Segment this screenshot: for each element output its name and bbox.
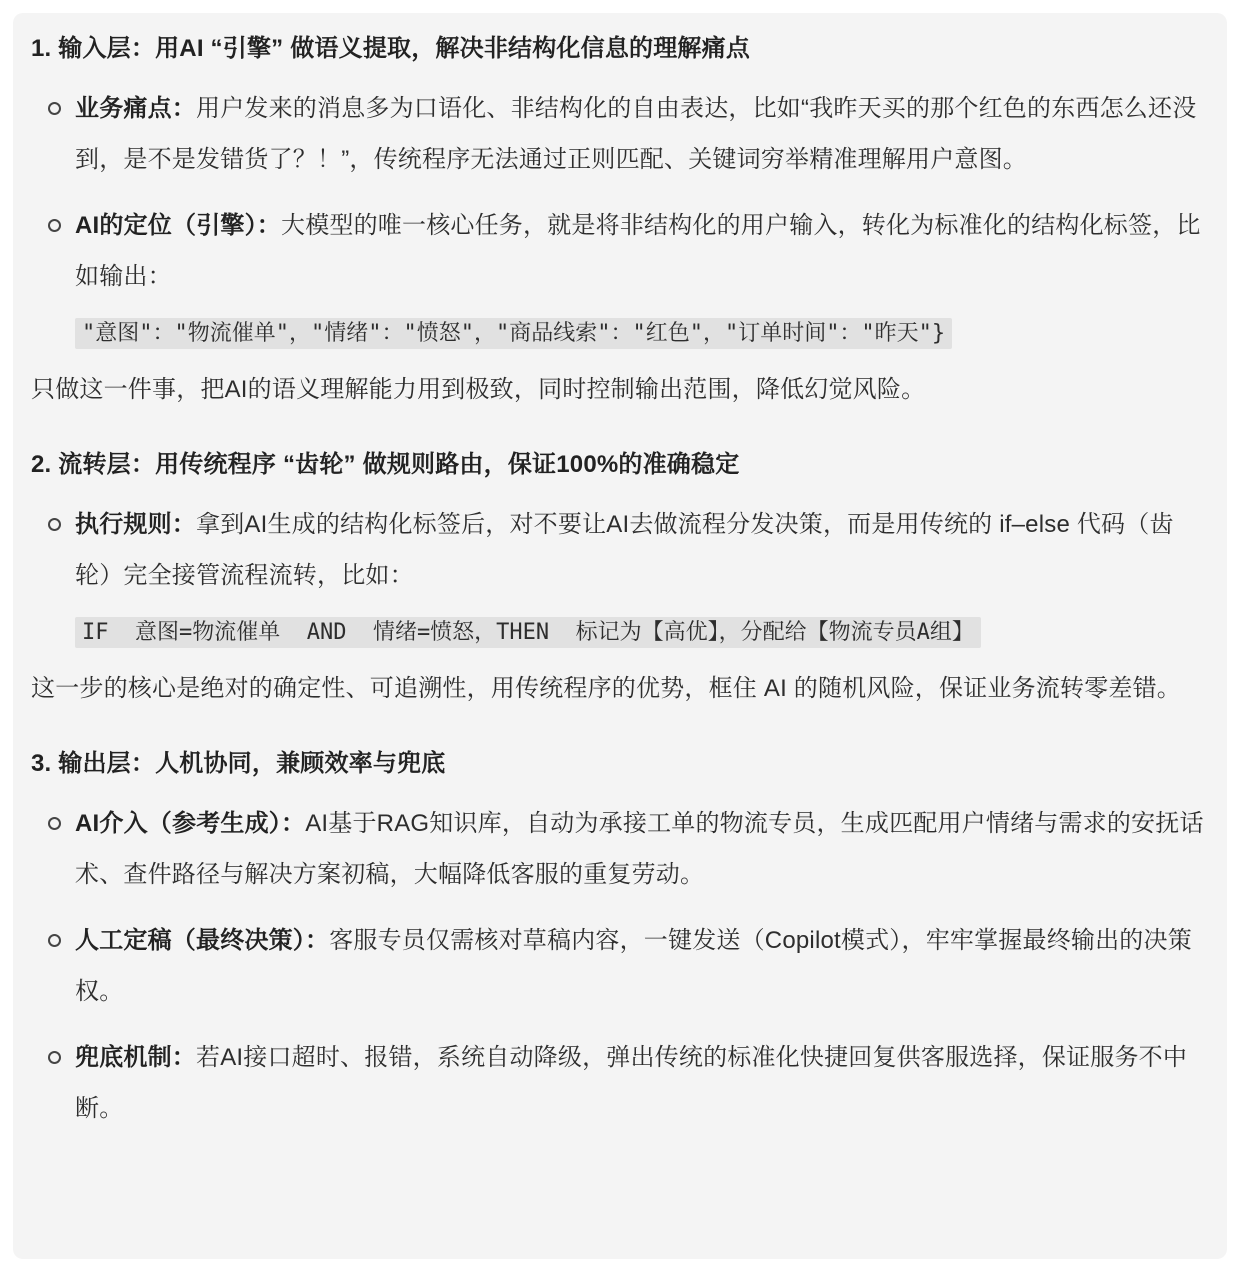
section-input-layer: 1. 输入层：用AI “引擎” 做语义提取，解决非结构化信息的理解痛点 业务痛点… [31, 33, 1209, 415]
circle-bullet-icon [48, 1051, 61, 1064]
circle-bullet-icon [48, 817, 61, 830]
list-item: 业务痛点：用户发来的消息多为口语化、非结构化的自由表达，比如“我昨天买的那个红色… [31, 83, 1209, 185]
paragraph: 这一步的核心是绝对的确定性、可追溯性，用传统程序的优势，框住 AI 的随机风险，… [31, 663, 1209, 714]
section-output-layer: 3. 输出层：人机协同，兼顾效率与兜底 AI介入（参考生成）：AI基于RAG知识… [31, 748, 1209, 1134]
section-heading: 2. 流转层：用传统程序 “齿轮” 做规则路由，保证100%的准确稳定 [31, 449, 1209, 481]
section-routing-layer: 2. 流转层：用传统程序 “齿轮” 做规则路由，保证100%的准确稳定 执行规则… [31, 449, 1209, 714]
list-item: AI的定位（引擎）：大模型的唯一核心任务，就是将非结构化的用户输入，转化为标准化… [31, 200, 1209, 302]
code-text: "意图"："物流催单"，"情绪"："愤怒"，"商品线索"："红色"，"订单时间"… [75, 318, 952, 349]
bullet-list: AI介入（参考生成）：AI基于RAG知识库，自动为承接工单的物流专员，生成匹配用… [31, 798, 1209, 1134]
list-item: 执行规则：拿到AI生成的结构化标签后，对不要让AI去做流程分发决策，而是用传统的… [31, 499, 1209, 601]
list-item: 人工定稿（最终决策）：客服专员仅需核对草稿内容，一键发送（Copilot模式），… [31, 915, 1209, 1017]
code-line: IF 意图=物流催单 AND 情绪=愤怒，THEN 标记为【高优】，分配给【物流… [75, 615, 1209, 651]
bullet-label: 兜底机制： [75, 1044, 196, 1071]
bullet-label: AI介入（参考生成）： [75, 810, 305, 837]
bullet-list: 执行规则：拿到AI生成的结构化标签后，对不要让AI去做流程分发决策，而是用传统的… [31, 499, 1209, 601]
circle-bullet-icon [48, 102, 61, 115]
bullet-label: 人工定稿（最终决策）： [75, 927, 329, 954]
circle-bullet-icon [48, 219, 61, 232]
bullet-label: 执行规则： [75, 511, 196, 538]
bullet-text: 拿到AI生成的结构化标签后，对不要让AI去做流程分发决策，而是用传统的 if–e… [75, 511, 1174, 589]
circle-bullet-icon [48, 934, 61, 947]
bullet-label: AI的定位（引擎）： [75, 212, 281, 239]
list-item: 兜底机制：若AI接口超时、报错，系统自动降级，弹出传统的标准化快捷回复供客服选择… [31, 1032, 1209, 1134]
list-item: AI介入（参考生成）：AI基于RAG知识库，自动为承接工单的物流专员，生成匹配用… [31, 798, 1209, 900]
section-heading: 1. 输入层：用AI “引擎” 做语义提取，解决非结构化信息的理解痛点 [31, 33, 1209, 65]
bullet-text: 用户发来的消息多为口语化、非结构化的自由表达，比如“我昨天买的那个红色的东西怎么… [75, 95, 1196, 173]
paragraph: 只做这一件事，把AI的语义理解能力用到极致，同时控制输出范围，降低幻觉风险。 [31, 364, 1209, 415]
bullet-list: 业务痛点：用户发来的消息多为口语化、非结构化的自由表达，比如“我昨天买的那个红色… [31, 83, 1209, 302]
document-card: 1. 输入层：用AI “引擎” 做语义提取，解决非结构化信息的理解痛点 业务痛点… [13, 13, 1227, 1259]
section-heading: 3. 输出层：人机协同，兼顾效率与兜底 [31, 748, 1209, 780]
bullet-text: 若AI接口超时、报错，系统自动降级，弹出传统的标准化快捷回复供客服选择，保证服务… [75, 1044, 1187, 1122]
code-text: IF 意图=物流催单 AND 情绪=愤怒，THEN 标记为【高优】，分配给【物流… [75, 617, 981, 648]
bullet-label: 业务痛点： [75, 95, 196, 122]
code-line: "意图"："物流催单"，"情绪"："愤怒"，"商品线索"："红色"，"订单时间"… [75, 316, 1209, 352]
circle-bullet-icon [48, 518, 61, 531]
